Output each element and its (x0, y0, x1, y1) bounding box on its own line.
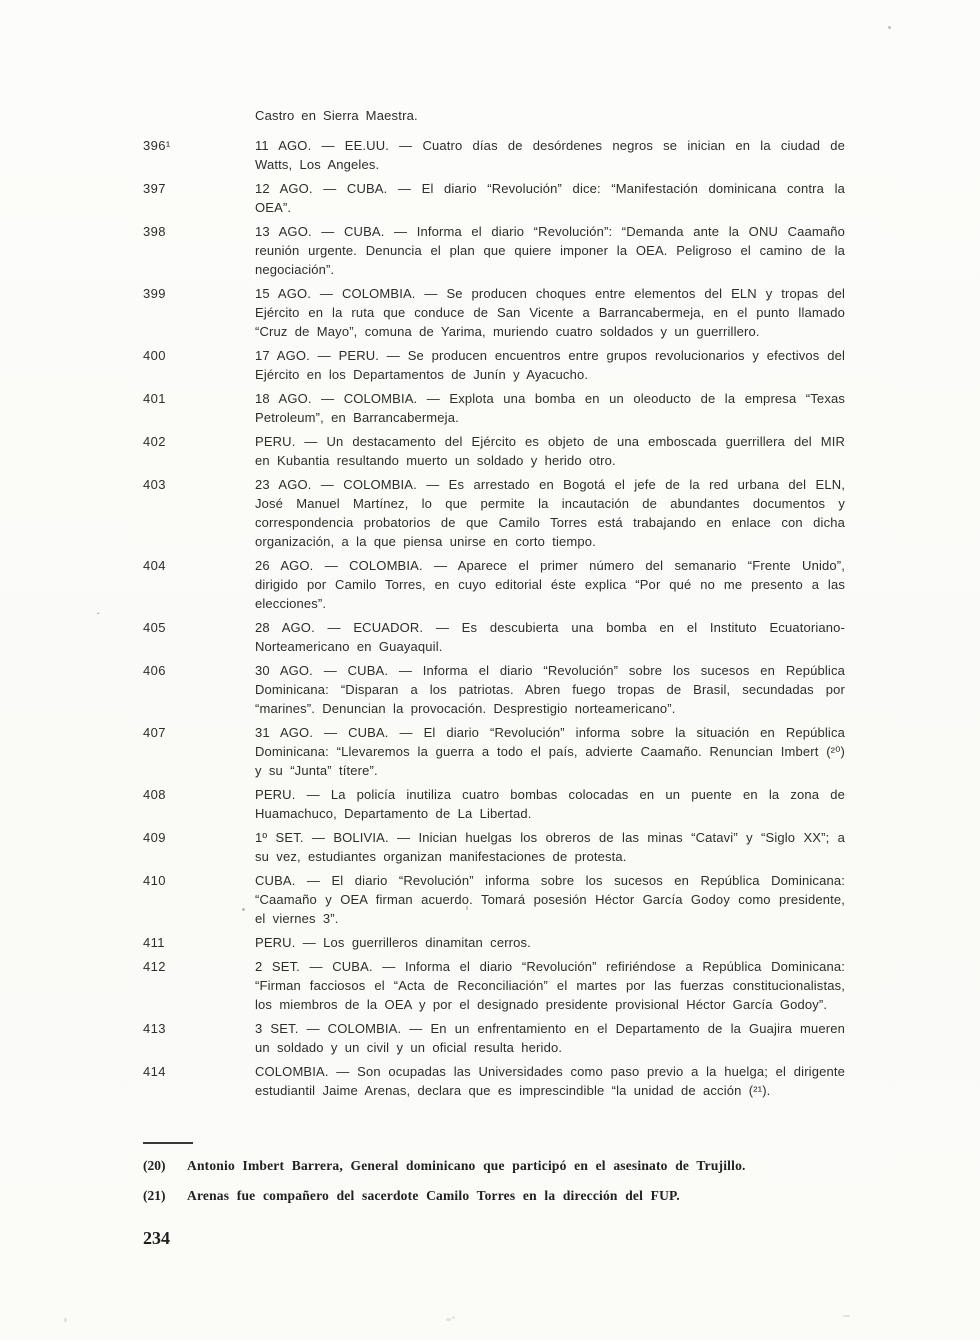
chronology-entry: 402 PERU. — Un destacamento del Ejército… (143, 432, 845, 470)
entry-number: 402 (143, 432, 255, 470)
chronology-entry: 412 2 SET. — CUBA. — Informa el diario “… (143, 957, 845, 1014)
entry-text: 11 AGO. — EE.UU. — Cuatro días de desórd… (255, 136, 845, 174)
entry-number: 414 (143, 1062, 255, 1100)
chronology-entry: 408 PERU. — La policía inutiliza cuatro … (143, 785, 845, 823)
entry-text: 2 SET. — CUBA. — Informa el diario “Revo… (255, 957, 845, 1014)
chronology-entry: 399 15 AGO. — COLOMBIA. — Se producen ch… (143, 284, 845, 341)
entry-text: 3 SET. — COLOMBIA. — En un enfrentamient… (255, 1019, 845, 1057)
chronology-entry: 410 CUBA. — El diario “Revolución” infor… (143, 871, 845, 928)
entry-text: PERU. — Los guerrilleros dinamitan cerro… (255, 933, 845, 952)
entry-text: 1º SET. — BOLIVIA. — Inician huelgas los… (255, 828, 845, 866)
entry-text: 12 AGO. — CUBA. — El diario “Revolución”… (255, 179, 845, 217)
entry-text: 17 AGO. — PERU. — Se producen encuentros… (255, 346, 845, 384)
chronology-entry: 398 13 AGO. — CUBA. — Informa el diario … (143, 222, 845, 279)
entry-number: 404 (143, 556, 255, 613)
footnote: (20) Antonio Imbert Barrera, General dom… (143, 1156, 885, 1176)
scan-artifact (446, 1318, 451, 1321)
entry-text: 13 AGO. — CUBA. — Informa el diario “Rev… (255, 222, 845, 279)
footnote-marker: (20) (143, 1156, 187, 1176)
chronology-entry: 401 18 AGO. — COLOMBIA. — Explota una bo… (143, 389, 845, 427)
entry-number: 398 (143, 222, 255, 279)
entry-text: CUBA. — El diario “Revolución” informa s… (255, 871, 845, 928)
book-page: Castro en Sierra Maestra. 396¹ 11 AGO. —… (0, 0, 980, 1340)
entry-text: 18 AGO. — COLOMBIA. — Explota una bomba … (255, 389, 845, 427)
entry-text: COLOMBIA. — Son ocupadas las Universidad… (255, 1062, 845, 1100)
entry-text: PERU. — La policía inutiliza cuatro bomb… (255, 785, 845, 823)
entry-number: 399 (143, 284, 255, 341)
scan-artifact (843, 1315, 850, 1317)
entry-number: 403 (143, 475, 255, 551)
entry-text: 23 AGO. — COLOMBIA. — Es arrestado en Bo… (255, 475, 845, 551)
entry-text: 31 AGO. — CUBA. — El diario “Revolución”… (255, 723, 845, 780)
entry-text: 28 AGO. — ECUADOR. — Es descubierta una … (255, 618, 845, 656)
chronology-entry: 406 30 AGO. — CUBA. — Informa el diario … (143, 661, 845, 718)
scan-artifact: ´ (94, 613, 101, 624)
chronology-entry: 400 17 AGO. — PERU. — Se producen encuen… (143, 346, 845, 384)
footnote-text: Arenas fue compañero del sacerdote Camil… (187, 1186, 885, 1206)
entry-number: 408 (143, 785, 255, 823)
entry-number: 397 (143, 179, 255, 217)
entry-number: 400 (143, 346, 255, 384)
entry-text: 30 AGO. — CUBA. — Informa el diario “Rev… (255, 661, 845, 718)
scan-artifact (64, 1318, 67, 1322)
footnote-marker: (21) (143, 1186, 187, 1206)
chronology-entry: 413 3 SET. — COLOMBIA. — En un enfrentam… (143, 1019, 845, 1057)
footnote: (21) Arenas fue compañero del sacerdote … (143, 1186, 885, 1206)
footnote-divider (143, 1142, 193, 1144)
entry-number: 409 (143, 828, 255, 866)
chronology-entry: 409 1º SET. — BOLIVIA. — Inician huelgas… (143, 828, 845, 866)
chronology-entry: 405 28 AGO. — ECUADOR. — Es descubierta … (143, 618, 845, 656)
entry-text: 26 AGO. — COLOMBIA. — Aparece el primer … (255, 556, 845, 613)
entry-number: 401 (143, 389, 255, 427)
continuation-line: Castro en Sierra Maestra. (255, 106, 845, 125)
footnote-text: Antonio Imbert Barrera, General dominica… (187, 1156, 885, 1176)
page-number: 234 (143, 1228, 170, 1249)
scan-artifact (888, 26, 891, 29)
footnotes-section: (20) Antonio Imbert Barrera, General dom… (143, 1142, 885, 1216)
chronology-list: Castro en Sierra Maestra. 396¹ 11 AGO. —… (143, 106, 845, 1105)
chronology-entry: 403 23 AGO. — COLOMBIA. — Es arrestado e… (143, 475, 845, 551)
chronology-entry: 397 12 AGO. — CUBA. — El diario “Revoluc… (143, 179, 845, 217)
chronology-entry: 411 PERU. — Los guerrilleros dinamitan c… (143, 933, 845, 952)
chronology-entry: 404 26 AGO. — COLOMBIA. — Aparece el pri… (143, 556, 845, 613)
scan-artifact (452, 1316, 455, 1319)
chronology-entry: 414 COLOMBIA. — Son ocupadas las Univers… (143, 1062, 845, 1100)
entry-number: 405 (143, 618, 255, 656)
entry-number: 410 (143, 871, 255, 928)
entry-number: 406 (143, 661, 255, 718)
entry-number: 412 (143, 957, 255, 1014)
entry-number: 413 (143, 1019, 255, 1057)
entry-number: 411 (143, 933, 255, 952)
entry-text: PERU. — Un destacamento del Ejército es … (255, 432, 845, 470)
entry-number: 407 (143, 723, 255, 780)
chronology-entry: 396¹ 11 AGO. — EE.UU. — Cuatro días de d… (143, 136, 845, 174)
chronology-entry: 407 31 AGO. — CUBA. — El diario “Revoluc… (143, 723, 845, 780)
entry-number: 396¹ (143, 136, 255, 174)
entry-text: 15 AGO. — COLOMBIA. — Se producen choque… (255, 284, 845, 341)
